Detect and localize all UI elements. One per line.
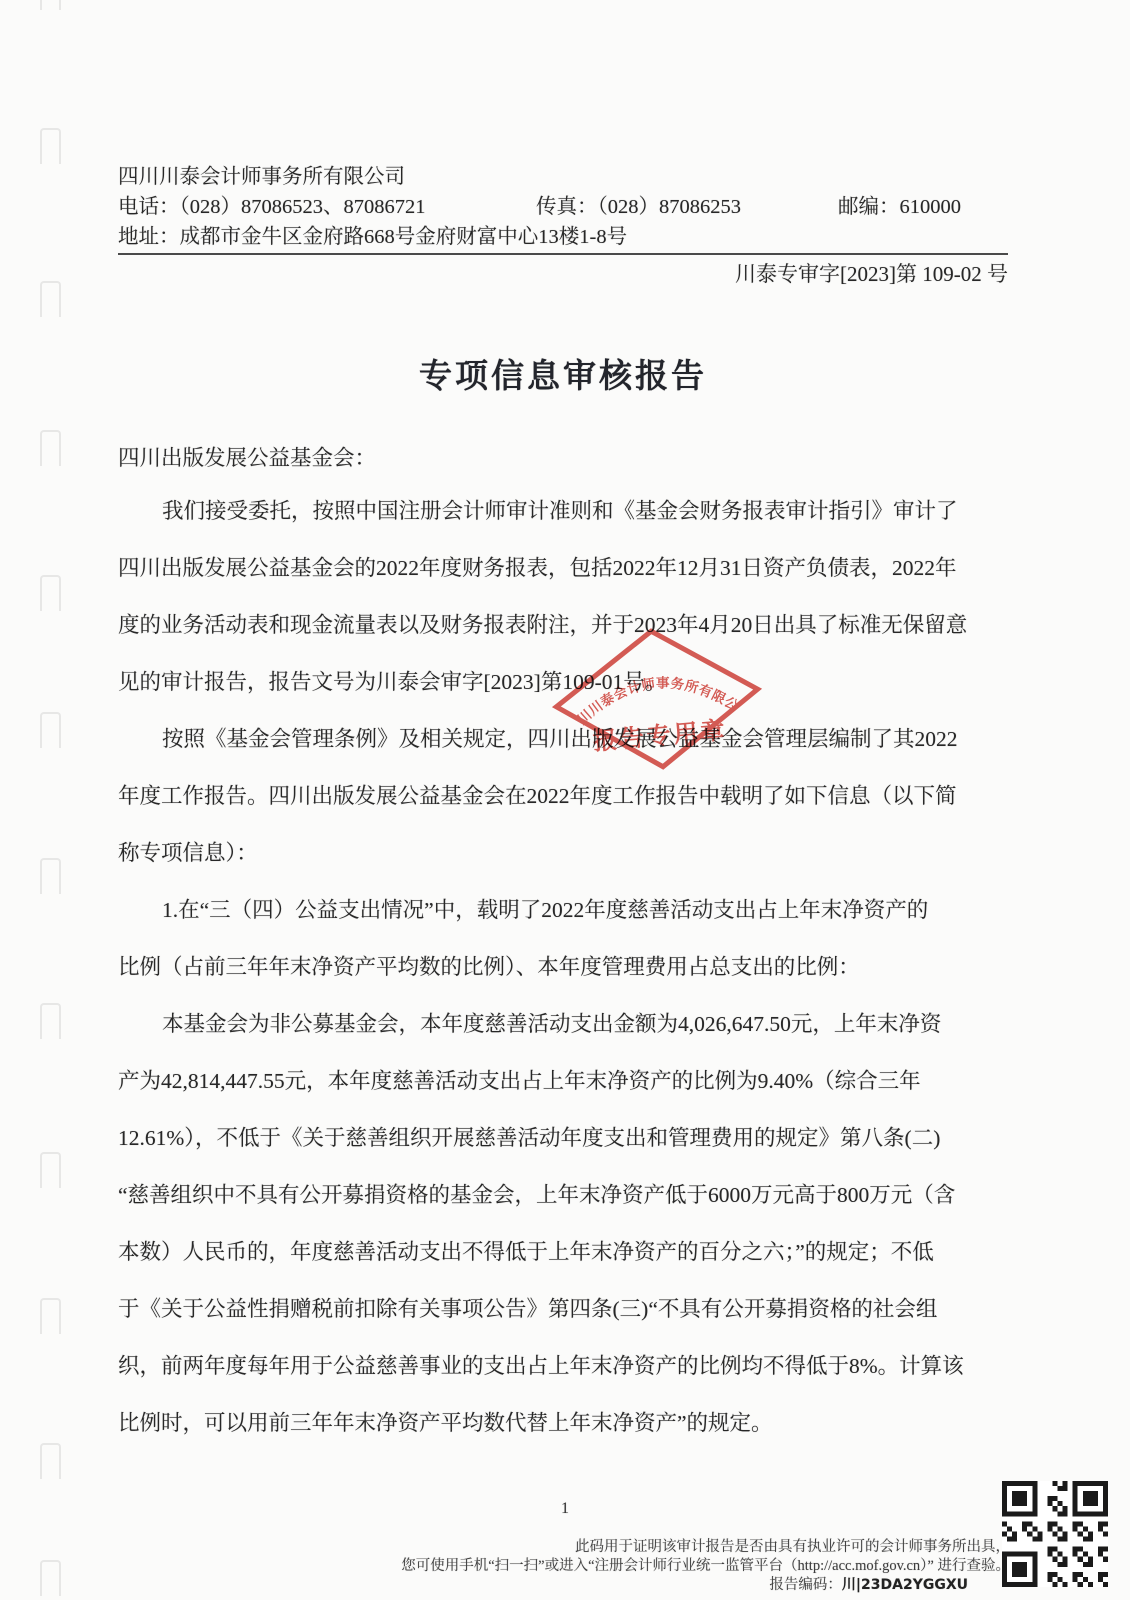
postal-code: 邮编：610000	[838, 192, 1008, 222]
binding-hole-mark	[40, 281, 61, 317]
body-line: 12.61%），不低于《关于慈善组织开展慈善活动年度支出和管理费用的规定》第八条…	[118, 1110, 1010, 1167]
binding-hole-mark	[40, 1298, 61, 1334]
stamp-label: 报告专用章	[592, 716, 729, 756]
letterhead: 四川川泰会计师事务所有限公司 电话：（028）87086523、87086721…	[118, 162, 1008, 255]
body-line: 四川出版发展公益基金会的2022年度财务报表，包括2022年12月31日资产负债…	[118, 540, 1010, 597]
body-line: 织，前两年度每年用于公益慈善事业的支出占上年末净资产的比例均不得低于8%。计算该	[118, 1338, 1010, 1395]
stamp-company-name: 四川川泰会计师事务所有限公司	[548, 626, 742, 731]
report-code-value: 川|23DA2YGGXU	[842, 1577, 968, 1593]
body-line: 比例（占前三年年末净资产平均数的比例）、本年度管理费用占总支出的比例：	[118, 939, 1010, 996]
verification-note-line1: 此码用于证明该审计报告是否由具有执业许可的会计师事务所出具，	[355, 1538, 1010, 1557]
qr-code	[1002, 1481, 1108, 1587]
binding-hole-mark	[40, 0, 61, 10]
binding-hole-mark	[40, 128, 61, 164]
binding-hole-mark	[40, 712, 61, 748]
page-number: 1	[0, 1500, 1130, 1518]
body-line: 比例时，可以用前三年年末净资产平均数代替上年末净资产”的规定。	[118, 1395, 1010, 1452]
svg-text:四川川泰会计师事务所有限公司: 四川川泰会计师事务所有限公司	[548, 626, 742, 731]
body-line: 本数）人民币的，年度慈善活动支出不得低于上年末净资产的百分之六；”的规定；不低	[118, 1224, 1010, 1281]
binding-hole-mark	[40, 858, 61, 894]
body-line: “慈善组织中不具有公开募捐资格的基金会，上年末净资产低于6000万元高于800万…	[118, 1167, 1010, 1224]
report-code-line: 报告编码：川|23DA2YGGXU	[355, 1576, 1010, 1595]
verification-note: 此码用于证明该审计报告是否由具有执业许可的会计师事务所出具， 您可使用手机“扫一…	[355, 1538, 1010, 1595]
report-reference-number: 川泰专审字[2023]第 109-02 号	[118, 258, 1008, 288]
firm-name: 四川川泰会计师事务所有限公司	[118, 162, 1008, 192]
body-line: 称专项信息）：	[118, 825, 1010, 882]
body-line: 我们接受委托，按照中国注册会计师审计准则和《基金会财务报表审计指引》审计了	[118, 483, 1010, 540]
body-line: 年度工作报告。四川出版发展公益基金会在2022年度工作报告中载明了如下信息（以下…	[118, 768, 1010, 825]
page-title: 专项信息审核报告	[118, 350, 1008, 397]
binding-hole-mark	[40, 1560, 61, 1596]
body-line: 本基金会为非公募基金会，本年度慈善活动支出金额为4,026,647.50元，上年…	[118, 996, 1010, 1053]
binding-hole-mark	[40, 1443, 61, 1479]
addressee: 四川出版发展公益基金会：	[118, 441, 376, 472]
scanned-audit-report-page: 四川川泰会计师事务所有限公司 电话：（028）87086523、87086721…	[0, 0, 1130, 1600]
fax-number: 传真：（028）87086253	[536, 192, 838, 222]
binding-hole-mark	[40, 430, 61, 466]
body-line: 于《关于公益性捐赠税前扣除有关事项公告》第四条(三)“不具有公开募捐资格的社会组	[118, 1281, 1010, 1338]
report-code-label: 报告编码：	[769, 1577, 842, 1593]
binding-hole-mark	[40, 1003, 61, 1039]
body-line: 1.在“三（四）公益支出情况”中，载明了2022年度慈善活动支出占上年末净资产的	[118, 882, 1010, 939]
verification-note-line2: 您可使用手机“扫一扫”或进入“注册会计师行业统一监管平台（http://acc.…	[355, 1557, 1010, 1576]
red-report-stamp: 四川川泰会计师事务所有限公司 报告专用章	[548, 626, 766, 774]
phone-number: 电话：（028）87086523、87086721	[118, 192, 536, 222]
binding-hole-mark	[40, 1152, 61, 1188]
body-line: 产为42,814,447.55元，本年度慈善活动支出占上年末净资产的比例为9.4…	[118, 1053, 1010, 1110]
binding-hole-mark	[40, 575, 61, 611]
firm-address: 地址：成都市金牛区金府路668号金府财富中心13楼1-8号	[118, 222, 1008, 252]
contact-line: 电话：（028）87086523、87086721 传真：（028）870862…	[118, 192, 1008, 222]
